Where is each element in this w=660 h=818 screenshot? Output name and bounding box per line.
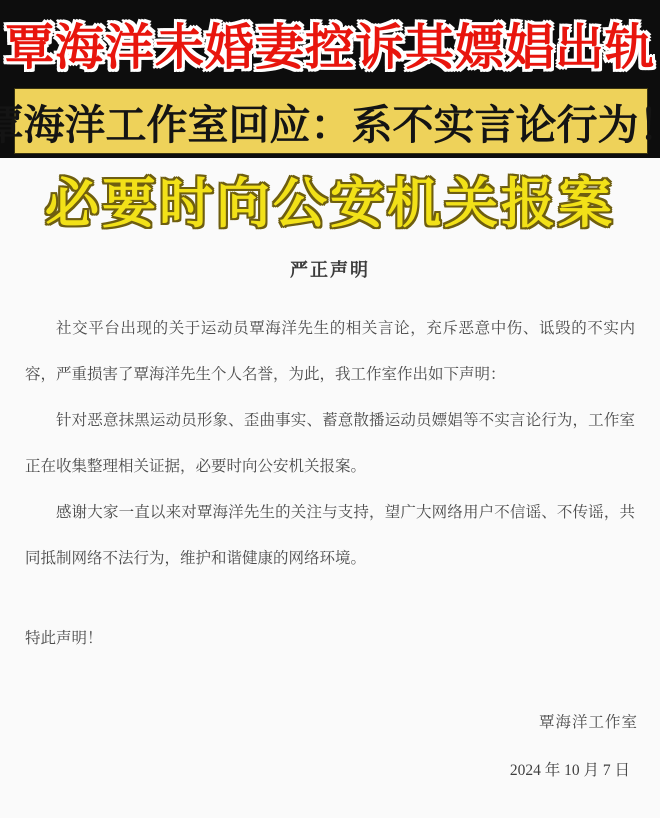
statement-paragraph-3: 感谢大家一直以来对覃海洋先生的关注与支持，望广大网络用户不信谣、不传谣，共同抵制… — [25, 490, 635, 582]
headline-report-to-police: 必要时向公安机关报案 — [0, 158, 660, 240]
statement-paragraph-1: 社交平台出现的关于运动员覃海洋先生的相关言论，充斥恶意中伤、诋毁的不实内容，严重… — [25, 306, 635, 398]
top-black-section: 覃海洋未婚妻控诉其嫖娼出轨 覃海洋工作室回应：系不实言论行为！ — [0, 0, 660, 158]
statement-date: 2024 年 10 月 7 日 — [0, 758, 660, 780]
news-image-page: 覃海洋未婚妻控诉其嫖娼出轨 覃海洋工作室回应：系不实言论行为！ 必要时向公安机关… — [0, 0, 660, 818]
statement-document: 严正声明 社交平台出现的关于运动员覃海洋先生的相关言论，充斥恶意中伤、诋毁的不实… — [0, 256, 660, 780]
statement-title: 严正声明 — [0, 256, 660, 282]
headline-studio-response-banner: 覃海洋工作室回应：系不实言论行为！ — [14, 88, 648, 154]
statement-closing: 特此声明！ — [0, 626, 660, 648]
statement-paragraph-2: 针对恶意抹黑运动员形象、歪曲事实、蓄意散播运动员嫖娼等不实言论行为，工作室正在收… — [25, 398, 635, 490]
statement-signature: 覃海洋工作室 — [0, 710, 660, 732]
headline-accusation: 覃海洋未婚妻控诉其嫖娼出轨 — [0, 0, 660, 88]
statement-body: 社交平台出现的关于运动员覃海洋先生的相关言论，充斥恶意中伤、诋毁的不实内容，严重… — [0, 306, 660, 582]
